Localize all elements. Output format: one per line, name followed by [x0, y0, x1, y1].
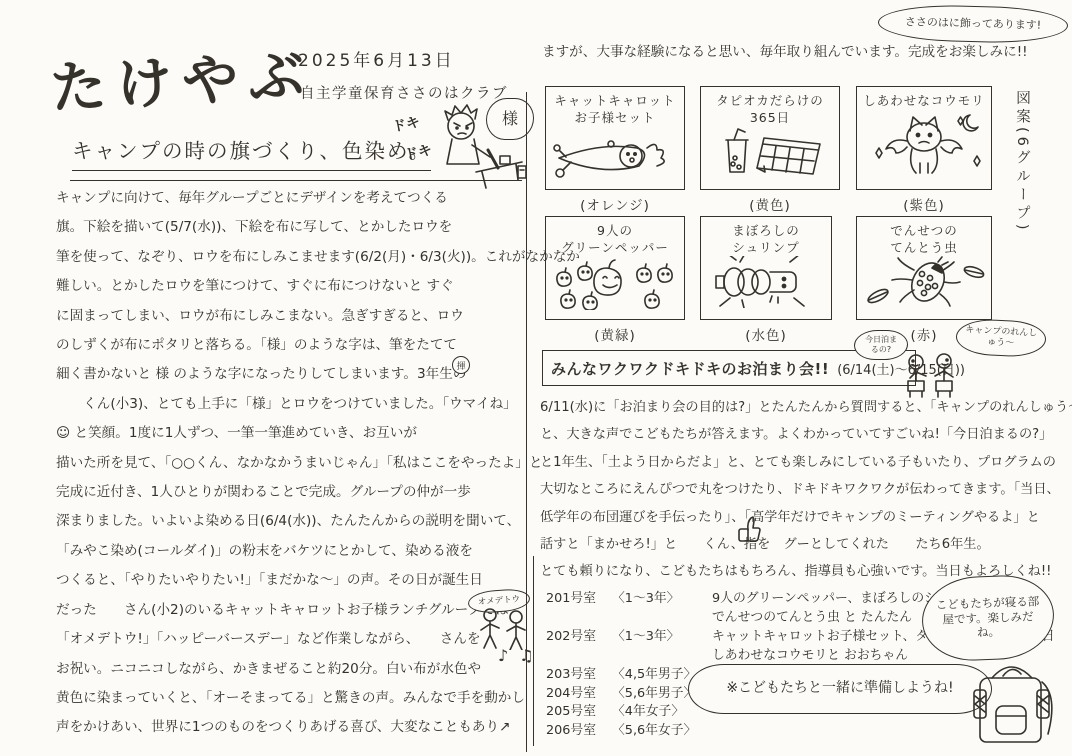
- bubble-tea-calendar-icon: [706, 126, 834, 178]
- room-number: 202号室: [546, 628, 612, 646]
- text-line: キャンプに向けて、毎年グループごとにデザインを考えてつくる: [56, 184, 534, 213]
- sleepover-body: 6/11(水)に「お泊まり会の目的は?」とたんたんから質問すると、「キャンプのれ…: [540, 394, 1072, 586]
- text-line: 深まりました。いよいよ染める日(6/4(水))、たんたんからの説明を聞いて、: [56, 507, 534, 536]
- music-notes-icon: ♪ ♫: [498, 646, 537, 665]
- doki-text: ドキ: [390, 111, 422, 136]
- text-line: 黄色に染まっていくと、「オーそまってる」と驚きの声。みんなで手を動かし: [56, 684, 534, 713]
- design-title: しあわせなコウモリ: [857, 92, 991, 109]
- design-box-bat: しあわせなコウモリ: [856, 86, 992, 190]
- sleepover-heading: みんなワクワクドキドキのお泊まり会!!: [551, 358, 829, 379]
- right-top-line: ますが、大事な経験になると思い、毎年取り組んでいます。完成をお楽しみに!!: [542, 40, 1072, 60]
- design-box-carrot: キャットキャロット お子様セット: [545, 86, 685, 190]
- design-title: お子様セット: [546, 109, 684, 126]
- column-divider-inner: [533, 556, 534, 746]
- banner-note: ささのはに飾ってあります!: [878, 4, 1069, 45]
- issue-date: 2025年6月13日: [298, 46, 455, 71]
- design-title: タピオカだらけの: [701, 92, 839, 109]
- text-line: 「みやこ染め(コールダイ)」の粉末をバケツにとかして、染める液を: [56, 537, 534, 566]
- text-line: 話すと「まかせろ!」と くん、指を グーとしてくれた たち6年生。: [540, 531, 1072, 558]
- room-group: 〈1～3年〉: [612, 628, 712, 646]
- text-line: 完成に近付き、1人ひとりが関わることで完成。グループの仲が一歩: [56, 478, 534, 507]
- room-number: 201号室: [546, 590, 612, 608]
- design-color: (黄緑): [545, 324, 685, 344]
- design-color: (水色): [700, 324, 832, 344]
- design-title: シュリンプ: [701, 239, 831, 256]
- design-title: てんとう虫: [857, 239, 991, 256]
- design-title: 365日: [701, 109, 839, 126]
- text-line: と1年生、「土よう日からだよ」と、とても楽しみにしている子もいたり、プログラムの: [540, 449, 1072, 476]
- design-box-shrimp: まぼろしの シュリンプ: [700, 216, 832, 320]
- design-box-tapioca: タピオカだらけの 365日: [700, 86, 840, 190]
- shrimp-icon: [706, 256, 826, 308]
- text-line: 筆を使って、なぞり、ロウを布にしみこませます(6/2(月)・6/3(火))。これ…: [56, 243, 534, 272]
- bat-cat-icon: [862, 109, 986, 179]
- design-color: (紫色): [856, 194, 992, 214]
- room-group: 〈5,6年女子〉: [612, 722, 712, 740]
- design-title: 9人の: [546, 222, 684, 239]
- text-line: ☺ と笑顔。1度に1人ずつ、一筆一筆進めていき、お互いが: [56, 419, 534, 448]
- design-box-pepper: 9人の グリーンペッパー: [545, 216, 685, 320]
- headline: キャンプの時の旗づくり、色染め。: [72, 134, 431, 171]
- text-line: 描いた所を見て、「○○くん、なかなかうまいじゃん」「私はここをやったよ」と: [56, 449, 534, 478]
- carrot-fish-icon: [551, 126, 679, 182]
- text-line: と、大きな声でこどもたちが答えます。よくわかっていてすごいね!「今日泊まるの?」: [540, 421, 1072, 448]
- design-title: でんせつの: [857, 222, 991, 239]
- text-line: 難しい。とかしたロウを筆につけて、すぐに布につけないと すぐ: [56, 272, 534, 301]
- backpack-icon: [958, 648, 1063, 748]
- left-article-body: キャンプに向けて、毎年グループごとにデザインを考えてつくる旗。下絵を描いて(5/…: [56, 184, 534, 743]
- room-number: 203号室: [546, 666, 612, 684]
- room-number: 204号室: [546, 685, 612, 703]
- text-line: だった さん(小2)のいるキャットキャロットお子様ランチグループでは: [56, 596, 534, 625]
- design-box-ladybug: でんせつの てんとう虫: [856, 216, 992, 320]
- design-grid-side-label: 図案(6グループ): [1012, 90, 1033, 340]
- text-line: 大切なところにえんぴつで丸をつけたり、ドキドキワクワクが伝わってきます。「当日、: [540, 476, 1072, 503]
- design-title: グリーンペッパー: [546, 239, 684, 256]
- room-group: 〈1～3年〉: [612, 590, 712, 608]
- text-line: 声をかけあい、世界に1つのものをつくりあげる喜び、大変なこともあり↗: [56, 713, 534, 742]
- design-title: キャットキャロット: [546, 92, 684, 109]
- approval-stamp: 揮: [452, 356, 470, 374]
- text-line: お祝い。ニコニコしながら、かきまぜること約20分。白い布が水色や: [56, 655, 534, 684]
- answer-bubble: キャンプのれんしゅう～: [955, 318, 1047, 359]
- headline-underline: [70, 180, 522, 181]
- room-number: 206号室: [546, 722, 612, 740]
- text-line: 6/11(水)に「お泊まり会の目的は?」とたんたんから質問すると、「キャンプのれ…: [540, 394, 1072, 421]
- room-number: 205号室: [546, 703, 612, 721]
- thumbs-up-icon: [737, 515, 761, 543]
- kids-chatting-illustration: [900, 352, 962, 398]
- text-line: に固まってしまい、ロウが布にしみこまない。急ぎすぎると、ロウ: [56, 302, 534, 331]
- newsletter-page: たけやぶ 2025年6月13日 自主学童保育ささのはクラブ ドキ ドキ 様 キャ…: [0, 0, 1072, 756]
- stick-figures-icon: [476, 608, 532, 650]
- column-divider: [526, 92, 527, 752]
- newsletter-logo: たけやぶ: [48, 31, 316, 125]
- design-color: (オレンジ): [545, 194, 685, 214]
- prep-note-bubble: ※こどもたちと一緒に準備しようね!: [688, 664, 992, 714]
- text-line: 低学年の布団運びを手伝ったり」、「高学年だけでキャンプのミーティングやるよ」と: [540, 504, 1072, 531]
- green-peppers-icon: [551, 256, 679, 310]
- text-line: つくると、「やりたいやりたい!」「まだかな～」の声。その日が誕生日: [56, 566, 534, 595]
- ladybug-icon: [862, 256, 986, 308]
- design-title: まぼろしの: [701, 222, 831, 239]
- design-color: (黄色): [700, 194, 840, 214]
- text-line: 「オメデトウ!」「ハッピーバースデー」など作業しながら、 さんを: [56, 625, 534, 654]
- text-line: くん(小3)、とても上手に「様」とロウをつけていました。「ウマイね」: [56, 390, 534, 419]
- text-line: 旗。下絵を描いて(5/7(水))、下絵を布に写して、とかしたロウを: [56, 213, 534, 242]
